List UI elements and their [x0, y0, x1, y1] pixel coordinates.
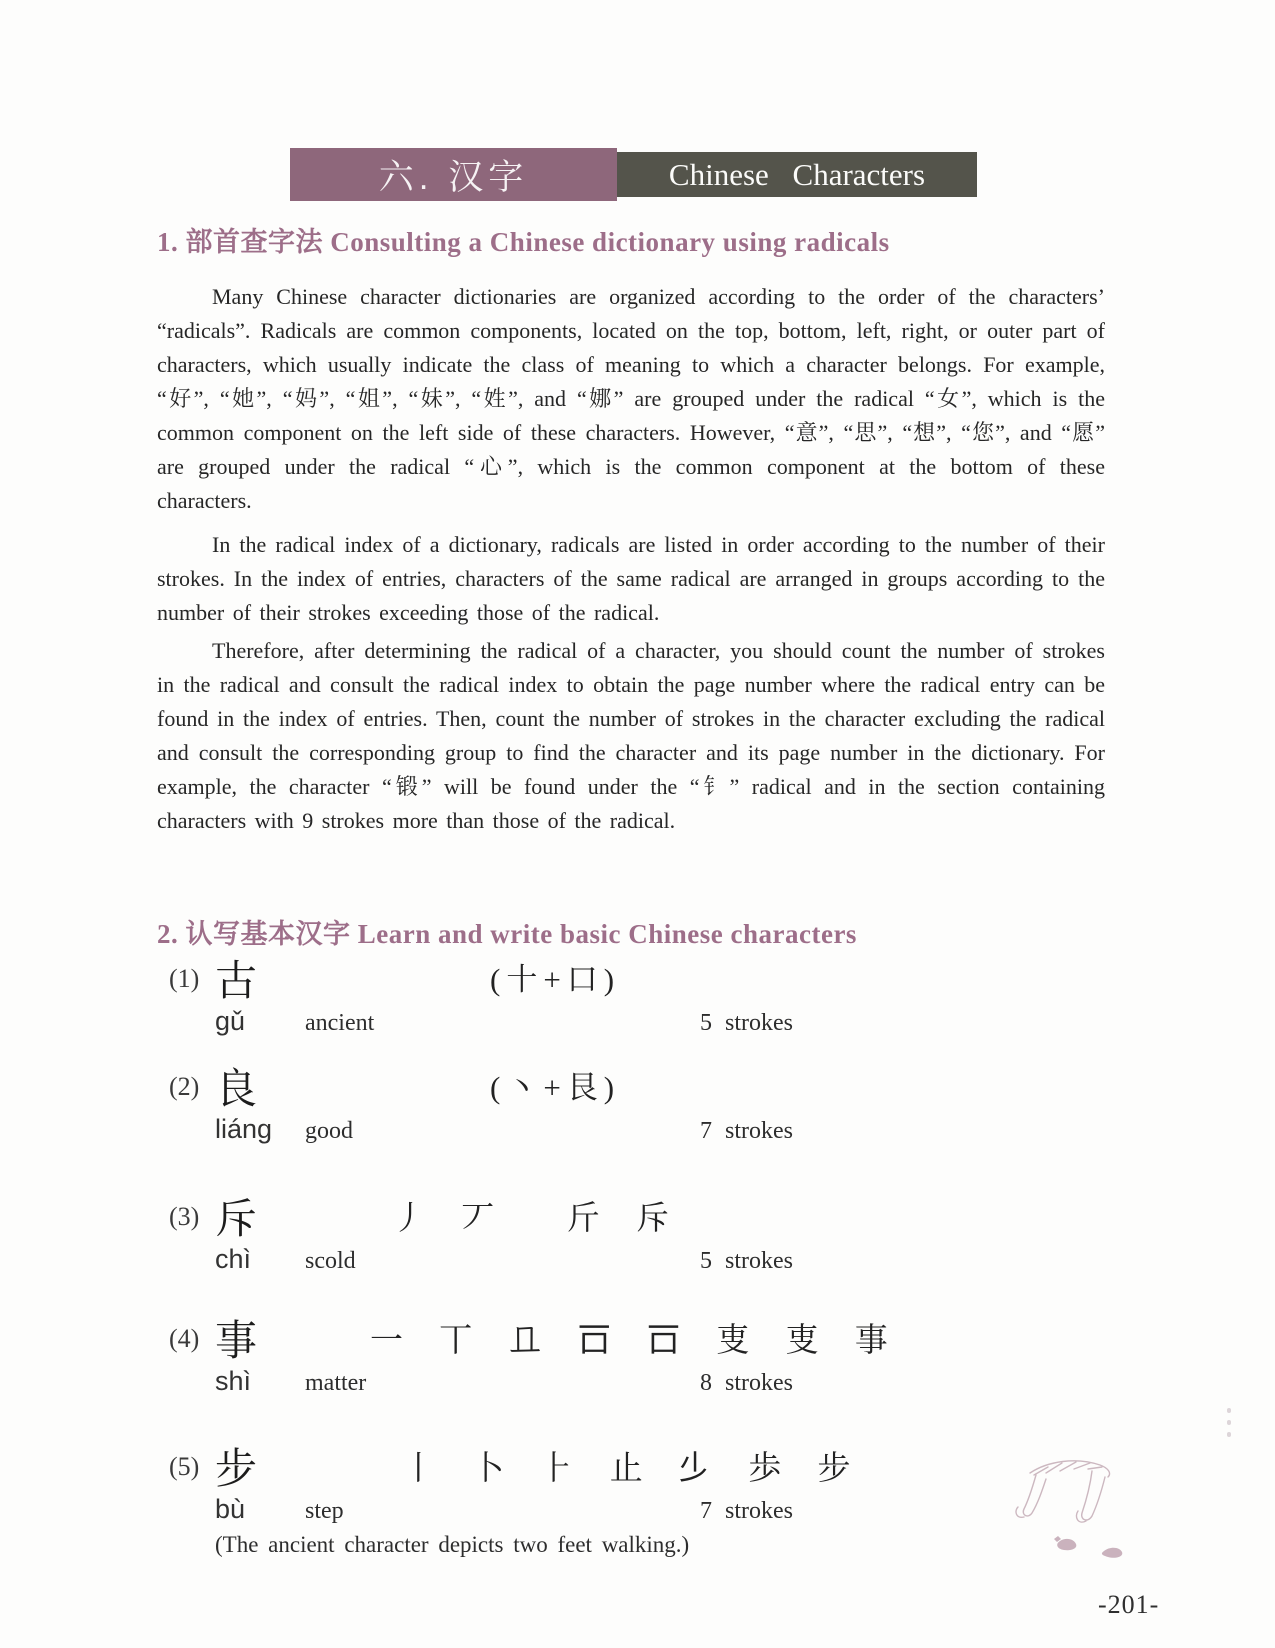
entry-note: (The ancient character depicts two feet …	[215, 1532, 689, 1558]
entry-stroke-count: 7 strokes	[700, 1118, 793, 1145]
entry-stroke-count: 7 strokes	[700, 1498, 793, 1525]
entry-stroke-order: 一 丅 𠀃 𠮛 𠮛 叓 叓 事	[370, 1314, 902, 1361]
ancient-two-feet-walking-sketch-icon	[1008, 1445, 1168, 1575]
entry-stroke-order: 丿 丆 𠂋 斤 斥	[392, 1192, 683, 1239]
entry-number: (2)	[169, 1072, 199, 1102]
entry-number: (5)	[169, 1452, 199, 1482]
entry-character: 斥	[215, 1186, 257, 1246]
entry-stroke-count: 8 strokes	[700, 1370, 793, 1397]
entry-meaning: scold	[305, 1248, 356, 1275]
character-entry-1: (1) 古 (十+口) gǔ ancient 5 strokes	[157, 952, 1167, 1062]
character-entry-2: (2) 良 (丶+艮) liáng good 7 strokes	[157, 1060, 1167, 1170]
entry-stroke-count: 5 strokes	[700, 1248, 793, 1275]
entry-pinyin: chì	[215, 1244, 251, 1275]
entry-number: (4)	[169, 1324, 199, 1354]
page-number: -201-	[1098, 1590, 1159, 1620]
entry-character: 事	[215, 1308, 257, 1368]
entry-pinyin: bù	[215, 1494, 245, 1525]
chapter-title-chinese: 六. 汉字	[379, 150, 528, 200]
entry-composition: (丶+艮)	[490, 1062, 620, 1107]
section1-paragraph-3: Therefore, after determining the radical…	[157, 634, 1105, 838]
entry-stroke-order: 丨 卜 ⺊ 止 𣥂 歩 步	[402, 1442, 865, 1489]
entry-number: (1)	[169, 964, 199, 994]
ink-smudge	[1227, 1408, 1231, 1437]
section1-heading: 1. 部首查字法 Consulting a Chinese dictionary…	[157, 220, 890, 259]
entry-meaning: matter	[305, 1370, 366, 1397]
chapter-title-chinese-box: 六. 汉字	[290, 148, 617, 201]
entry-pinyin: liáng	[215, 1114, 272, 1145]
chapter-title-english-box: Chinese Characters	[617, 152, 977, 197]
section2-heading: 2. 认写基本汉字 Learn and write basic Chinese …	[157, 912, 857, 951]
character-entry-4: (4) 事 一 丅 𠀃 𠮛 𠮛 叓 叓 事 shì matter 8 strok…	[157, 1312, 1167, 1422]
entry-stroke-count: 5 strokes	[700, 1010, 793, 1037]
character-entry-3: (3) 斥 丿 丆 𠂋 斤 斥 chì scold 5 strokes	[157, 1190, 1167, 1300]
textbook-page: 六. 汉字 Chinese Characters 1. 部首查字法 Consul…	[0, 0, 1275, 1648]
entry-composition: (十+口)	[490, 954, 620, 999]
entry-meaning: ancient	[305, 1010, 374, 1037]
entry-character: 良	[215, 1056, 257, 1116]
chapter-title-english: Chinese Characters	[669, 157, 925, 193]
entry-character: 步	[215, 1436, 257, 1496]
entry-number: (3)	[169, 1202, 199, 1232]
entry-pinyin: gǔ	[215, 1006, 245, 1037]
section1-paragraph-2: In the radical index of a dictionary, ra…	[157, 528, 1105, 630]
entry-pinyin: shì	[215, 1366, 251, 1397]
entry-meaning: good	[305, 1118, 353, 1145]
entry-meaning: step	[305, 1498, 344, 1525]
section1-paragraph-1: Many Chinese character dictionaries are …	[157, 280, 1105, 518]
entry-character: 古	[215, 948, 257, 1008]
